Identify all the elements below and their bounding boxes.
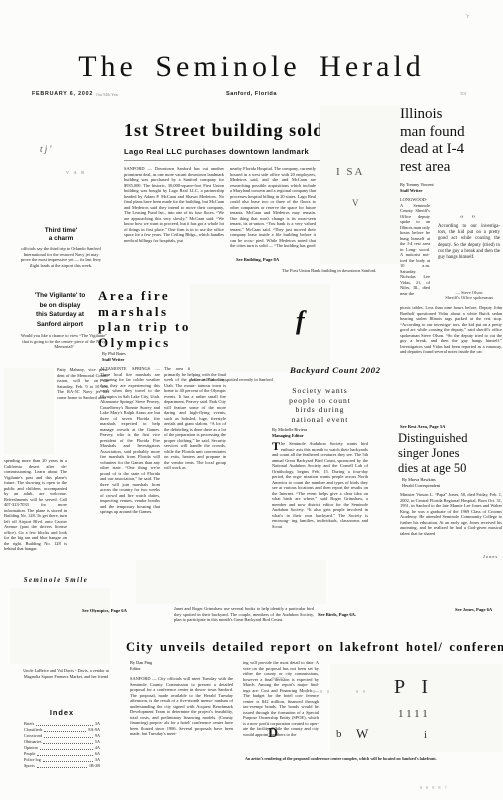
- index-title: Index: [24, 708, 100, 717]
- city-rendering-caption: An artist's rendering of the proposed co…: [245, 756, 503, 761]
- index-box: Briefs3A Classifieds8A-9A Crossword9A Ob…: [24, 721, 100, 769]
- city-body-col1: SANFORD — City officials will meet Tuesd…: [130, 676, 233, 796]
- rendering-mark-1: 'WVV'V: [272, 676, 286, 681]
- newspaper-front-page: 'r The Seminole Herald FEBRUARY 6, 2002 …: [0, 0, 503, 800]
- index-leader: [37, 754, 92, 756]
- rendering-mark-2: 1 8 8 8: [306, 689, 331, 694]
- birds-byline: By Michelle Riviera: [272, 427, 307, 432]
- rendering-mark-9: i: [424, 729, 427, 741]
- caracara-photo: [190, 284, 330, 372]
- birds-photo: [136, 560, 326, 604]
- vigilante-photo: [4, 368, 54, 454]
- fire-byline: By Phil Bates: [102, 351, 126, 356]
- jones-jump: See Jones, Page 6A: [455, 607, 492, 612]
- caracara-photo-mark: f: [296, 306, 305, 336]
- rail-photo-mark: t j ': [40, 144, 51, 154]
- rail-var-mark: V A R: [66, 170, 86, 175]
- index-leader: [37, 766, 87, 768]
- footer-mark: 8 8 8 8 ?: [420, 785, 448, 790]
- lead-body-col2: nearby Florida Hospital. The company, cu…: [230, 166, 316, 252]
- lead-jump: See Building, Page 8A: [236, 257, 279, 262]
- index-leader: [43, 760, 93, 762]
- corner-mark: 'r: [466, 14, 469, 20]
- caracara-caption: A Crested Caracara spotted recently in S…: [190, 377, 328, 384]
- rest-pullquote-attribution: — Steve Olson Sheriff's Office spokesman: [438, 290, 500, 301]
- index-leader: [44, 730, 86, 732]
- jones-body: Minister Vinson L. “Papa” Jones, 50, die…: [400, 492, 502, 604]
- index-leader: [40, 748, 93, 750]
- vigilante-body-2: spending more than 20 years in a Califor…: [4, 458, 67, 576]
- rest-pullquote: According to our investiga- tors, the ki…: [438, 224, 500, 296]
- masthead-price: 50¢: [460, 91, 467, 96]
- index-leader: [44, 736, 93, 738]
- seminole-smile-photo: [10, 588, 110, 664]
- lead-body-col1: SANFORD — Downtown Sanford has cut anoth…: [124, 166, 224, 266]
- birds-body-text: he Seminole Audubon Society wants bird e…: [272, 441, 368, 529]
- lead-rule: [124, 160, 332, 161]
- lead-subhead: Lago Real LLC purchases downtown landmar…: [124, 147, 309, 156]
- rest-byline: By Tommy Vincent: [400, 182, 434, 187]
- seminole-smile-label: Seminole Smile: [8, 577, 104, 584]
- index-row: Sports1B-2B: [24, 763, 100, 769]
- birds-photo-caption: Janet and Roger Grimshaw use several boo…: [174, 606, 314, 623]
- lead-photo: [320, 106, 400, 264]
- jones-headline: Distinguished singer Jones dies at age 5…: [398, 431, 467, 476]
- rendering-mark-7: b: [336, 728, 342, 740]
- city-headline: City unveils detailed report on lakefron…: [126, 640, 496, 655]
- lead-photo-mark-2: V: [352, 198, 359, 208]
- fire-body-col2: The area fire marshals will primarily be…: [164, 366, 226, 576]
- city-byline-title: Editor: [130, 666, 141, 671]
- masthead-location: Sanford, Florida: [0, 91, 503, 97]
- index-page: 1B-2B: [89, 763, 100, 769]
- rendering-mark-4: P I: [394, 676, 434, 699]
- rendering-mark-6: D: [268, 726, 278, 742]
- fire-jump: See Olympics, Page 6A: [82, 608, 127, 613]
- rest-headline: Illinois man found dead at I-4 rest area: [400, 106, 465, 176]
- fire-byline-title: Staff Writer: [102, 357, 124, 362]
- rendering-mark-5: 1111: [398, 708, 431, 720]
- rest-jump: See Rest Area, Page 5A: [400, 424, 445, 429]
- lead-photo-caption: The First Union Bank building in downtow…: [282, 268, 400, 276]
- city-byline: By Dan Ping: [130, 660, 152, 665]
- rendering-mark-8: W: [356, 726, 368, 742]
- fire-headline: Area fire marshals plan trip to Olympics: [98, 288, 191, 350]
- rendering-mark-3: 8 8: [356, 689, 367, 694]
- index-leader: [43, 742, 92, 744]
- seminole-smile-caption: Uncle LaReice and Val Davis - Davis, a v…: [16, 668, 116, 700]
- rest-pullquote-mark: “ ”: [436, 214, 502, 223]
- jones-photo-label: Jones: [483, 554, 498, 559]
- masthead-title: The Seminole Herald: [0, 50, 503, 84]
- rest-body: picnic tables. Less than nine hours befo…: [400, 305, 502, 420]
- birds-dropcap: T: [272, 441, 281, 451]
- index-label: Sports: [24, 763, 35, 769]
- brief-third-time-text: officials say the third trip to Orlando …: [20, 246, 102, 284]
- rest-attribution-title: Sheriff's Office spokesman: [438, 295, 500, 300]
- index-leader: [36, 724, 93, 726]
- lead-headline: 1st Street building sold: [124, 120, 324, 141]
- jones-byline-title: Herald Correspondent: [402, 483, 440, 488]
- birds-jump: See Birds, Page 6A.: [318, 612, 356, 617]
- rest-byline-title: Staff Writer: [400, 188, 422, 193]
- birds-byline-title: Managing Editor: [272, 433, 304, 438]
- jones-byline: By Marva Hawkins: [402, 477, 436, 482]
- vigilante-intro: Would you like a chance to view “The Vig…: [20, 333, 108, 363]
- lead-photo-mark-1: I SA: [336, 166, 364, 178]
- birds-kicker: Backyard Count 2002: [290, 365, 381, 375]
- brief-third-time-title: Third time' a charm: [18, 227, 104, 243]
- birds-headline: Society wants people to count birds duri…: [268, 386, 372, 424]
